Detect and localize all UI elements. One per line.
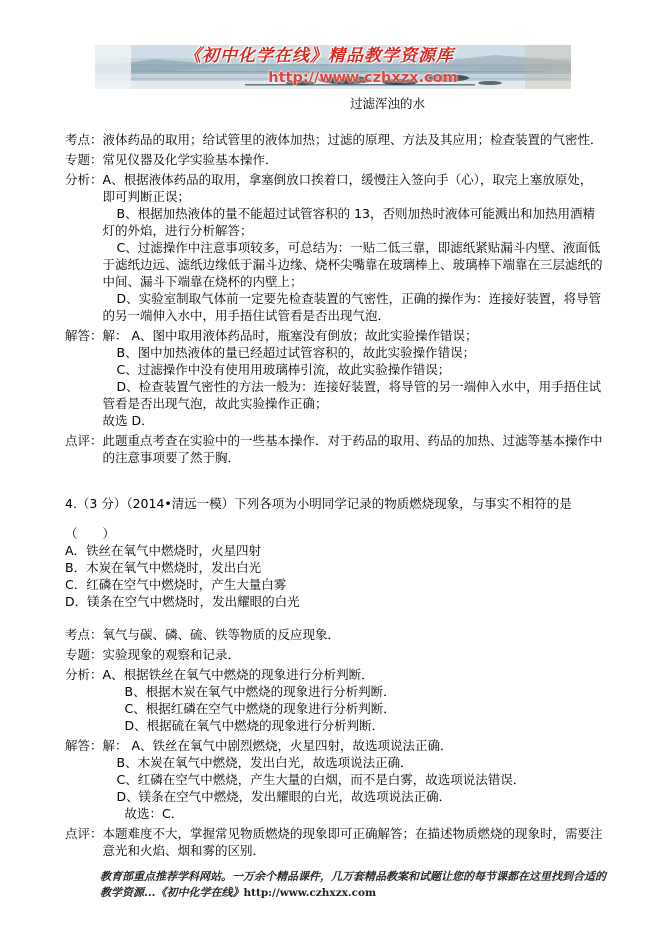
section-zhuanti: 专题： 实验现象的观察和记录． xyxy=(65,646,603,663)
question-stem: 4.（3 分）（2014•清远一模）下列各项为小明同学记录的物质燃烧现象，与事实… xyxy=(65,495,603,512)
page-title: 过滤浑浊的水 xyxy=(350,95,661,112)
section-label: 专题： xyxy=(65,151,103,168)
fenxi-item-c: C、过滤操作中注意事项较多，可总结为：一贴二低三靠，即滤纸紧贴漏斗内壁、液面低于… xyxy=(103,239,603,290)
jieda-item-b: B、图中加热液体的量已经超过试管容积的，故此实验操作错误； xyxy=(103,344,603,361)
banner-site-url[interactable]: http://www.czhxzx.com xyxy=(155,70,571,87)
jieda-conclusion: 故选 D． xyxy=(103,412,603,429)
jieda-item-b: B、木炭在氧气中燃烧，发出白光，故选项说法正确． xyxy=(103,754,603,771)
question4-block: 4.（3 分）（2014•清远一模）下列各项为小明同学记录的物质燃烧现象，与事实… xyxy=(65,495,603,859)
section-jieda: 解答： 解： A、铁丝在氧气中剧烈燃烧，火星四射，故选项说法正确． B、木炭在氧… xyxy=(65,737,603,822)
section-dianping: 点评： 本题难度不大，掌握常见物质燃烧的现象即可正确解答；在描述物质燃烧的现象时… xyxy=(65,825,603,859)
jieda-item-d: D、镁条在空气中燃烧，发出耀眼的白光，故选项说法正确． xyxy=(103,788,603,805)
section-label: 点评： xyxy=(65,432,103,466)
section-fenxi: 分析： A、根据液体药品的取用，拿塞倒放口挨着口，缓慢注入签向手（心），取完上塞… xyxy=(65,171,603,324)
section-label: 分析： xyxy=(65,171,103,324)
section-label: 点评： xyxy=(65,825,103,859)
kaodian-text: 液体药品的取用；给试管里的液体加热；过滤的原理、方法及其应用；检查装置的气密性． xyxy=(103,131,603,148)
jieda-item-a: 解： A、铁丝在氧气中剧烈燃烧，火星四射，故选项说法正确． xyxy=(103,737,603,754)
section-label: 专题： xyxy=(65,646,103,663)
zhuanti-text: 实验现象的观察和记录． xyxy=(103,646,603,663)
section-jieda: 解答： 解： A、图中取用液体药品时，瓶塞没有倒放；故此实验操作错误； B、图中… xyxy=(65,327,603,429)
banner-site-title: 《初中化学在线》精品教学资源库 xyxy=(107,48,531,65)
fenxi-item-d: D、根据硫在氧气中燃烧的现象进行分析判断． xyxy=(103,717,603,734)
jieda-conclusion: 故选：C． xyxy=(103,805,603,822)
fenxi-item-c: C、根据红磷在空气中燃烧的现象进行分析判断． xyxy=(103,700,603,717)
section-label: 解答： xyxy=(65,737,103,822)
fenxi-item-a: A、根据液体药品的取用，拿塞倒放口挨着口，缓慢注入签向手（心），取完上塞放原处，… xyxy=(103,171,603,205)
jieda-item-c: C、过滤操作中没有使用用玻璃棒引流，故此实验操作错误； xyxy=(103,361,603,378)
dianping-text: 此题重点考查在实验中的一些基本操作．对于药品的取用、药品的加热、过滤等基本操作中… xyxy=(103,432,603,466)
jieda-item-d: D、检查装置气密性的方法一般为：连接好装置，将导管的另一端伸入水中，用手捂住试管… xyxy=(103,378,603,412)
question3-explanation: 考点： 液体药品的取用；给试管里的液体加热；过滤的原理、方法及其应用；检查装置的… xyxy=(65,131,603,466)
section-label: 解答： xyxy=(65,327,103,429)
kaodian-text: 氧气与碳、磷、硫、铁等物质的反应现象． xyxy=(103,626,603,643)
fenxi-item-d: D、实验室制取气体前一定要先检查装置的气密性，正确的操作为：连接好装置，将导管的… xyxy=(103,290,603,324)
document-body: 考点： 液体药品的取用；给试管里的液体加热；过滤的原理、方法及其应用；检查装置的… xyxy=(65,131,603,859)
jieda-item-a: 解： A、图中取用液体药品时，瓶塞没有倒放；故此实验操作错误； xyxy=(103,327,603,344)
footer-promo: 教育部重点推荐学科网站。一万余个精品课件，几万套精品教案和试题让您的每节课都在这… xyxy=(100,869,606,901)
fenxi-item-b: B、根据木炭在氧气中燃烧的现象进行分析判断． xyxy=(103,683,603,700)
jieda-item-c: C、红磷在空气中燃烧，产生大量的白烟，而不是白雾，故选项说法错误． xyxy=(103,771,603,788)
fenxi-item-b: B、根据加热液体的量不能超过试管容积的 13，否则加热时液体可能溅出和加热用酒精… xyxy=(103,205,603,239)
footer-url[interactable]: http://www.czhxzx.com xyxy=(244,887,377,899)
section-fenxi: 分析： A、根据铁丝在氧气中燃烧的现象进行分析判断． B、根据木炭在氧气中燃烧的… xyxy=(65,666,603,734)
banner-image: 《初中化学在线》精品教学资源库 http://www.czhxzx.com xyxy=(95,45,571,89)
section-kaodian: 考点： 氧气与碳、磷、硫、铁等物质的反应现象． xyxy=(65,626,603,643)
option-d: D．镁条在空气中燃烧时，发出耀眼的白光 xyxy=(65,593,603,610)
section-label: 考点： xyxy=(65,131,103,148)
question-options: A．铁丝在氧气中燃烧时，火星四射 B．木炭在氧气中燃烧时，发出白光 C．红磷在空… xyxy=(65,542,603,610)
section-kaodian: 考点： 液体药品的取用；给试管里的液体加热；过滤的原理、方法及其应用；检查装置的… xyxy=(65,131,603,148)
section-label: 分析： xyxy=(65,666,103,734)
section-label: 考点： xyxy=(65,626,103,643)
fenxi-item-a: A、根据铁丝在氧气中燃烧的现象进行分析判断． xyxy=(103,666,603,683)
answer-blank-parentheses: （ ） xyxy=(65,525,603,542)
dianping-text: 本题难度不大，掌握常见物质燃烧的现象即可正确解答；在描述物质燃烧的现象时，需要注… xyxy=(103,825,603,859)
option-c: C．红磷在空气中燃烧时，产生大量白雾 xyxy=(65,576,603,593)
section-dianping: 点评： 此题重点考查在实验中的一些基本操作．对于药品的取用、药品的加热、过滤等基… xyxy=(65,432,603,466)
zhuanti-text: 常见仪器及化学实验基本操作． xyxy=(103,151,603,168)
option-a: A．铁丝在氧气中燃烧时，火星四射 xyxy=(65,542,603,559)
option-b: B．木炭在氧气中燃烧时，发出白光 xyxy=(65,559,603,576)
question4-explanation: 考点： 氧气与碳、磷、硫、铁等物质的反应现象． 专题： 实验现象的观察和记录． … xyxy=(65,626,603,859)
section-zhuanti: 专题： 常见仪器及化学实验基本操作． xyxy=(65,151,603,168)
